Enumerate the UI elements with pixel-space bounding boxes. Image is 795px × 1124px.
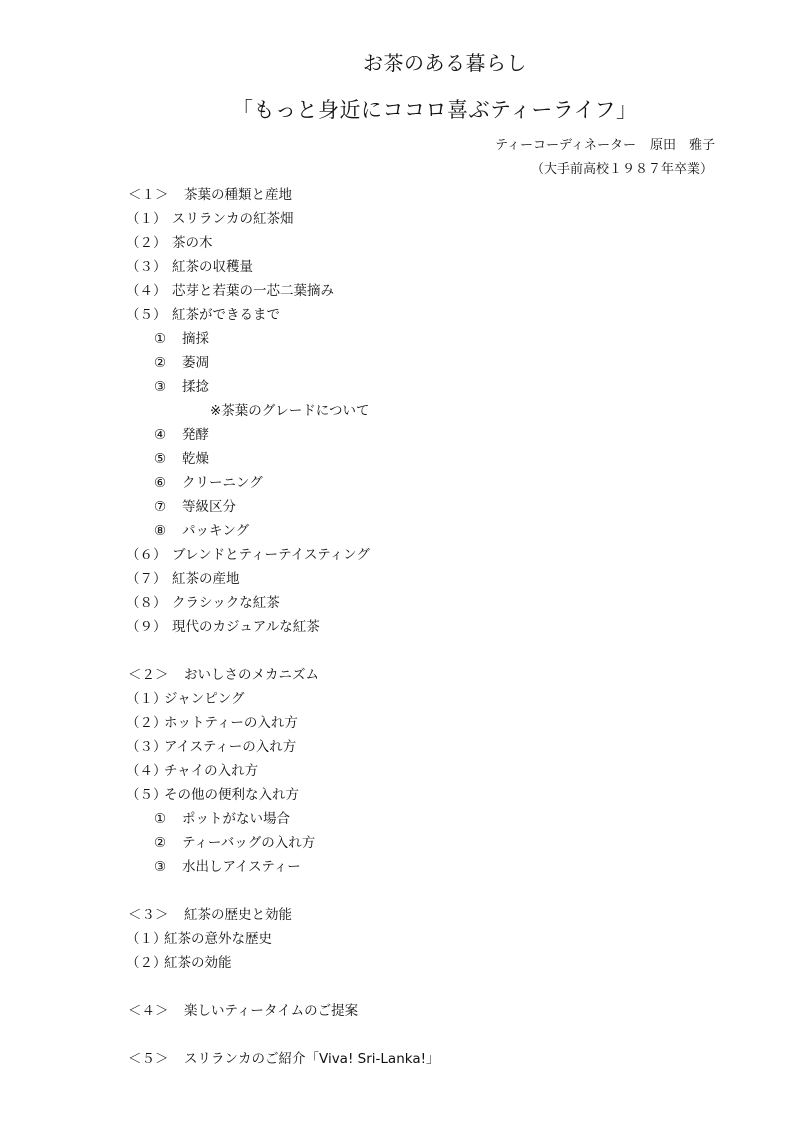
- sub-list-item: ①ポットがない場合: [128, 807, 440, 831]
- list-item: （２）ホットティーの入れ方: [128, 711, 440, 735]
- sub-list-item: ⑤乾燥: [128, 447, 440, 471]
- section-heading: ＜２＞おいしさのメカニズム: [128, 663, 440, 687]
- sub-list-item: ④発酵: [128, 423, 440, 447]
- author-name: 原田 雅子: [650, 138, 715, 153]
- sub-list-item: ⑦等級区分: [128, 495, 440, 519]
- document-subtitle: 「もっと身近にココロ喜ぶティーライフ」: [232, 96, 638, 124]
- list-item: （２）紅茶の効能: [128, 951, 440, 975]
- list-item: （４）チャイの入れ方: [128, 759, 440, 783]
- list-item: （８）クラシックな紅茶: [128, 591, 440, 615]
- section-heading: ＜１＞茶葉の種類と産地: [128, 183, 440, 207]
- outline: ＜１＞茶葉の種類と産地 （１）スリランカの紅茶畑 （２）茶の木 （３）紅茶の収穫…: [128, 183, 440, 1071]
- author-role: ティーコーディネーター: [495, 138, 636, 153]
- list-item: （２）茶の木: [128, 231, 440, 255]
- section-heading: ＜５＞スリランカのご紹介「Viva! Sri-Lanka!」: [128, 1047, 440, 1071]
- list-item: （５）その他の便利な入れ方: [128, 783, 440, 807]
- list-item: （３）紅茶の収穫量: [128, 255, 440, 279]
- section-heading: ＜４＞楽しいティータイムのご提案: [128, 999, 440, 1023]
- sub-list-item: ⑧パッキング: [128, 519, 440, 543]
- list-item: （１）紅茶の意外な歴史: [128, 927, 440, 951]
- sub-list-item: ③揉捻: [128, 375, 440, 399]
- list-item: （１）ジャンピング: [128, 687, 440, 711]
- list-item: （４）芯芽と若葉の一芯二葉摘み: [128, 279, 440, 303]
- author-affiliation: （大手前高校１９８７年卒業）: [531, 160, 713, 180]
- list-item: （５）紅茶ができるまで: [128, 303, 440, 327]
- list-item: （９）現代のカジュアルな紅茶: [128, 615, 440, 639]
- document-title: お茶のある暮らし: [0, 50, 795, 76]
- author-line: ティーコーディネーター原田 雅子: [495, 136, 715, 156]
- list-item: （１）スリランカの紅茶畑: [128, 207, 440, 231]
- spacer: [128, 1023, 440, 1047]
- spacer: [128, 639, 440, 663]
- note: ※茶葉のグレードについて: [128, 399, 440, 423]
- sub-list-item: ⑥クリーニング: [128, 471, 440, 495]
- list-item: （７）紅茶の産地: [128, 567, 440, 591]
- sub-list-item: ②ティーバッグの入れ方: [128, 831, 440, 855]
- sub-list-item: ③水出しアイスティー: [128, 855, 440, 879]
- spacer: [128, 879, 440, 903]
- sub-list-item: ②萎凋: [128, 351, 440, 375]
- section-heading: ＜３＞紅茶の歴史と効能: [128, 903, 440, 927]
- sub-list-item: ①摘採: [128, 327, 440, 351]
- list-item: （６）ブレンドとティーテイスティング: [128, 543, 440, 567]
- spacer: [128, 975, 440, 999]
- list-item: （３）アイスティーの入れ方: [128, 735, 440, 759]
